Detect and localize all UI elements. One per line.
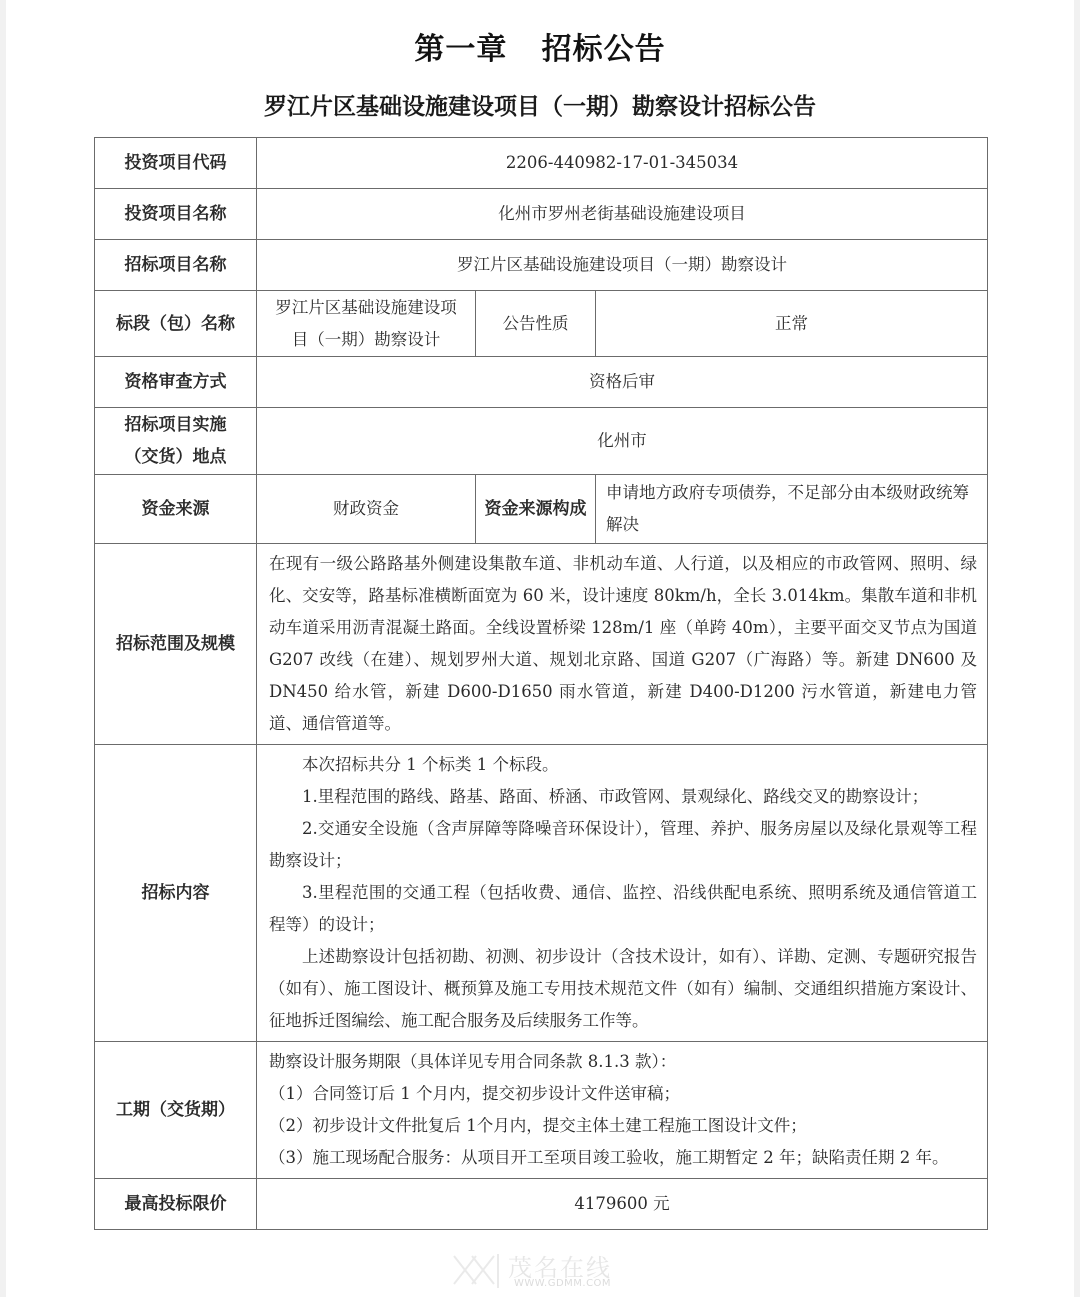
content-paragraph-2: 2.交通安全设施（含声屏障等降噪音环保设计），管理、养护、服务房屋以及绿化景观等… — [269, 813, 977, 877]
content-paragraph-1: 1.里程范围的路线、路基、路面、桥涵、市政管网、景观绿化、路线交叉的勘察设计； — [269, 781, 977, 813]
table-row-max-price: 最高投标限价 4179600 元 — [95, 1179, 988, 1230]
duration-value: 勘察设计服务期限（具体详见专用合同条款 8.1.3 款）： （1）合同签订后 1… — [257, 1042, 988, 1179]
funding-composition-label: 资金来源构成 — [476, 475, 596, 544]
table-row-duration: 工期（交货期） 勘察设计服务期限（具体详见专用合同条款 8.1.3 款）： （1… — [95, 1042, 988, 1179]
duration-paragraph-3: （3）施工现场配合服务：从项目开工至项目竣工验收，施工期暂定 2 年；缺陷责任期… — [269, 1142, 977, 1174]
table-row-scope: 招标范围及规模 在现有一级公路路基外侧建设集散车道、非机动车道、人行道，以及相应… — [95, 544, 988, 745]
location-value: 化州市 — [257, 408, 988, 475]
max-price-value: 4179600 元 — [257, 1179, 988, 1230]
table-row-content: 招标内容 本次招标共分 1 个标类 1 个标段。 1.里程范围的路线、路基、路面… — [95, 745, 988, 1042]
content-value: 本次招标共分 1 个标类 1 个标段。 1.里程范围的路线、路基、路面、桥涵、市… — [257, 745, 988, 1042]
content-paragraph-3: 3.里程范围的交通工程（包括收费、通信、监控、沿线供配电系统、照明系统及通信管道… — [269, 877, 977, 941]
location-label: 招标项目实施（交货）地点 — [95, 408, 257, 475]
watermark: 茂名在线 WWW.GDMM.COM — [450, 1248, 650, 1294]
table-row-tender-project-name: 招标项目名称 罗江片区基础设施建设项目（一期）勘察设计 — [95, 240, 988, 291]
chapter-title: 第一章 招标公告 — [0, 24, 1080, 68]
qualification-review-value: 资格后审 — [257, 357, 988, 408]
scope-label: 招标范围及规模 — [95, 544, 257, 745]
scope-paragraph: 在现有一级公路路基外侧建设集散车道、非机动车道、人行道，以及相应的市政管网、照明… — [269, 548, 977, 740]
watermark-text: 茂名在线 — [508, 1248, 612, 1283]
investment-code-value: 2206-440982-17-01-345034 — [257, 138, 988, 189]
notice-nature-label: 公告性质 — [476, 291, 596, 357]
funding-label: 资金来源 — [95, 475, 257, 544]
qualification-review-label: 资格审查方式 — [95, 357, 257, 408]
funding-composition-value: 申请地方政府专项债券，不足部分由本级财政统筹解决 — [596, 475, 988, 544]
table-row-funding: 资金来源 财政资金 资金来源构成 申请地方政府专项债券，不足部分由本级财政统筹解… — [95, 475, 988, 544]
investment-code-label: 投资项目代码 — [95, 138, 257, 189]
scope-value: 在现有一级公路路基外侧建设集散车道、非机动车道、人行道，以及相应的市政管网、照明… — [257, 544, 988, 745]
tender-project-name-value: 罗江片区基础设施建设项目（一期）勘察设计 — [257, 240, 988, 291]
page-edge-left — [0, 0, 6, 1297]
duration-paragraph-intro: 勘察设计服务期限（具体详见专用合同条款 8.1.3 款）： — [269, 1046, 977, 1078]
table-row-qualification-review: 资格审查方式 资格后审 — [95, 357, 988, 408]
tender-project-name-label: 招标项目名称 — [95, 240, 257, 291]
content-paragraph-intro: 本次招标共分 1 个标类 1 个标段。 — [269, 749, 977, 781]
duration-paragraph-1: （1）合同签订后 1 个月内，提交初步设计文件送审稿； — [269, 1078, 977, 1110]
content-label: 招标内容 — [95, 745, 257, 1042]
page-edge-right — [1074, 0, 1080, 1297]
tender-notice-table: 投资项目代码 2206-440982-17-01-345034 投资项目名称 化… — [94, 137, 988, 1230]
max-price-label: 最高投标限价 — [95, 1179, 257, 1230]
watermark-logo-icon — [450, 1250, 502, 1290]
table-row-investment-name: 投资项目名称 化州市罗州老街基础设施建设项目 — [95, 189, 988, 240]
funding-value: 财政资金 — [257, 475, 476, 544]
section-name-label: 标段（包）名称 — [95, 291, 257, 357]
table-row-section-name: 标段（包）名称 罗江片区基础设施建设项目（一期）勘察设计 公告性质 正常 — [95, 291, 988, 357]
document-title: 罗江片区基础设施建设项目（一期）勘察设计招标公告 — [0, 88, 1080, 121]
content-paragraph-summary: 上述勘察设计包括初勘、初测、初步设计（含技术设计，如有）、详勘、定测、专题研究报… — [269, 941, 977, 1037]
watermark-url: WWW.GDMM.COM — [514, 1278, 611, 1289]
investment-name-label: 投资项目名称 — [95, 189, 257, 240]
investment-name-value: 化州市罗州老街基础设施建设项目 — [257, 189, 988, 240]
duration-label: 工期（交货期） — [95, 1042, 257, 1179]
table-row-investment-code: 投资项目代码 2206-440982-17-01-345034 — [95, 138, 988, 189]
duration-paragraph-2: （2）初步设计文件批复后 1个月内，提交主体土建工程施工图设计文件； — [269, 1110, 977, 1142]
notice-nature-value: 正常 — [596, 291, 988, 357]
table-row-location: 招标项目实施（交货）地点 化州市 — [95, 408, 988, 475]
section-name-value: 罗江片区基础设施建设项目（一期）勘察设计 — [257, 291, 476, 357]
